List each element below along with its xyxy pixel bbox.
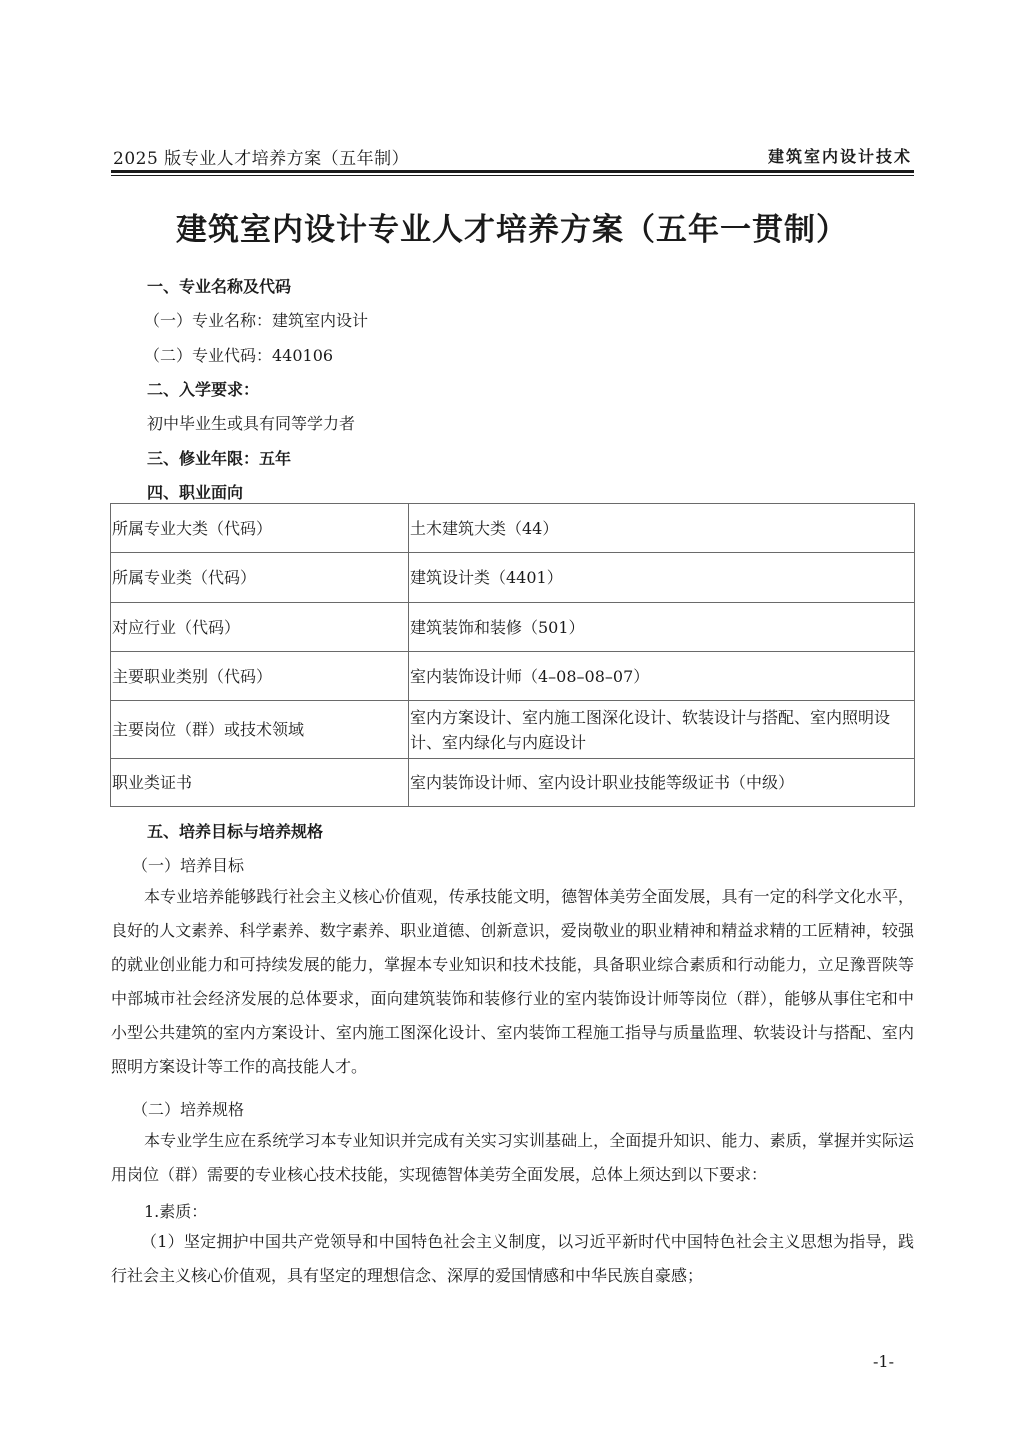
table-cell-value: 室内装饰设计师（4–08–08–07） [409,652,915,701]
table-cell-value: 土木建筑大类（44） [409,504,915,553]
section-heading-1: 一、专业名称及代码 [147,274,291,297]
table-cell-value: 建筑设计类（4401） [409,553,915,603]
table-cell-value: 室内装饰设计师、室内设计职业技能等级证书（中级） [409,759,915,807]
table-row: 对应行业（代码） 建筑装饰和装修（501） [111,603,915,652]
major-name: （一）专业名称：建筑室内设计 [144,308,368,331]
quality-heading: 1.素质： [144,1199,207,1222]
quality-item-1: （1）坚定拥护中国共产党领导和中国特色社会主义制度，以习近平新时代中国特色社会主… [111,1225,914,1293]
table-row: 所属专业大类（代码） 土木建筑大类（44） [111,504,915,553]
table-cell-label: 对应行业（代码） [111,603,409,652]
table-cell-label: 职业类证书 [111,759,409,807]
page-title: 建筑室内设计专业人才培养方案（五年一贯制） [0,204,1024,249]
section-heading-3: 三、修业年限：五年 [147,446,291,469]
subsection-spec: （二）培养规格 [132,1097,244,1120]
spec-paragraph: 本专业学生应在系统学习本专业知识并完成有关实习实训基础上，全面提升知识、能力、素… [111,1124,914,1192]
header-rule-thin [111,175,914,176]
table-cell-label: 主要职业类别（代码） [111,652,409,701]
table-cell-label: 主要岗位（群）或技术领域 [111,701,409,759]
subsection-goal: （一）培养目标 [132,853,244,876]
table-cell-label: 所属专业大类（代码） [111,504,409,553]
section-heading-5: 五、培养目标与培养规格 [147,819,323,842]
header-rule-thick [111,170,914,173]
page-number: -1- [873,1352,894,1371]
table-row: 职业类证书 室内装饰设计师、室内设计职业技能等级证书（中级） [111,759,915,807]
career-orientation-table: 所属专业大类（代码） 土木建筑大类（44） 所属专业类（代码） 建筑设计类（44… [110,503,915,807]
header-major-name: 建筑室内设计技术 [768,144,912,167]
major-code: （二）专业代码：440106 [144,343,333,366]
table-row: 主要职业类别（代码） 室内装饰设计师（4–08–08–07） [111,652,915,701]
table-cell-label: 所属专业类（代码） [111,553,409,603]
page-header: 2025 版专业人才培养方案（五年制） 建筑室内设计技术 [111,142,914,170]
goal-paragraph: 本专业培养能够践行社会主义核心价值观，传承技能文明，德智体美劳全面发展，具有一定… [111,880,914,1084]
header-doc-title: 2025 版专业人才培养方案（五年制） [113,144,409,169]
table-cell-value: 室内方案设计、室内施工图深化设计、软装设计与搭配、室内照明设计、室内绿化与内庭设… [409,701,915,759]
section-heading-2: 二、入学要求： [147,377,259,400]
admission-requirement: 初中毕业生或具有同等学力者 [147,411,355,434]
table-row: 所属专业类（代码） 建筑设计类（4401） [111,553,915,603]
table-cell-value: 建筑装饰和装修（501） [409,603,915,652]
section-heading-4: 四、职业面向 [147,480,243,503]
table-row: 主要岗位（群）或技术领域 室内方案设计、室内施工图深化设计、软装设计与搭配、室内… [111,701,915,759]
